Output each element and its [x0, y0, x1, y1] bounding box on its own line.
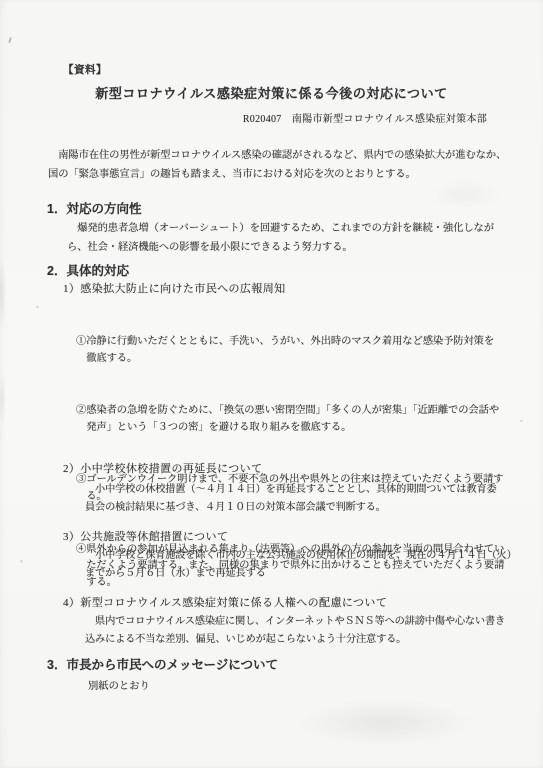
scan-artifact-tick: [8, 37, 12, 43]
intro-paragraph: 南陽市在住の男性が新型コロナウイルス感染の確認がされるなど、県内での感染拡大が進…: [48, 147, 506, 185]
section-2-heading: 2．具体的対応: [47, 263, 129, 280]
section-3-heading: 3．市長から市民へのメッセージについて: [47, 657, 278, 674]
document-issuer-line: R020407 南陽市新型コロナウイルス感染症対策本部: [243, 112, 487, 127]
subsection-2-body: 小中学校の休校措置（～４月１４日）を再延長することとし、具体的期間ついては教育委…: [85, 481, 497, 518]
scan-artifact-smudge: [300, 700, 470, 745]
document-tag: 【資料】: [63, 62, 107, 78]
section-1-body: 爆発的患者急増（オーバーシュート）を回避するため、これまでの方針を継続・強化しな…: [67, 220, 494, 258]
scan-artifact-speck: [520, 420, 523, 422]
subsection-1-heading: 1）感染拡大防止に向けた市民への広報周知: [63, 281, 286, 298]
subsection-4-heading: 4）新型コロナウイルス感染症対策に係る人権への配慮について: [63, 595, 387, 612]
scan-artifact-smudge: [0, 372, 6, 427]
scan-artifact-smudge: [0, 258, 6, 328]
scanned-document-page: 【資料】 新型コロナウイルス感染症対策に係る今後の対応について R020407 …: [0, 0, 543, 768]
subsection-3-body: 小中学校と保育施設を除く市内の主な公共施設の使用休止の期間を、現在の４月１４日（…: [85, 547, 517, 584]
subsection-2-heading: 2）小中学校休校措置の再延長について: [63, 461, 262, 478]
scan-artifact-speck: [20, 560, 23, 563]
subsection-4-body: 県内でコロナウイルス感染症に関し、インターネットやＳＮＳ等への誹謗中傷や心ない書…: [85, 613, 505, 650]
scan-artifact-speck: [36, 306, 39, 308]
circled-item-2: ②感染者の急増を防ぐために、「換気の悪い密閉空間」「多くの人が密集」「近距離での…: [76, 403, 504, 436]
subsection-3-heading: 3）公共施設等休館措置について: [63, 529, 228, 546]
document-title: 新型コロナウイルス感染症対策に係る今後の対応について: [0, 84, 543, 104]
circled-item-1: ①冷静に行動いただくとともに、手洗い、うがい、外出時のマスク着用など感染予防対策…: [76, 334, 504, 367]
section-1-heading: 1．対応の方向性: [47, 201, 141, 218]
section-3-body: 別紙のとおり: [88, 678, 150, 695]
